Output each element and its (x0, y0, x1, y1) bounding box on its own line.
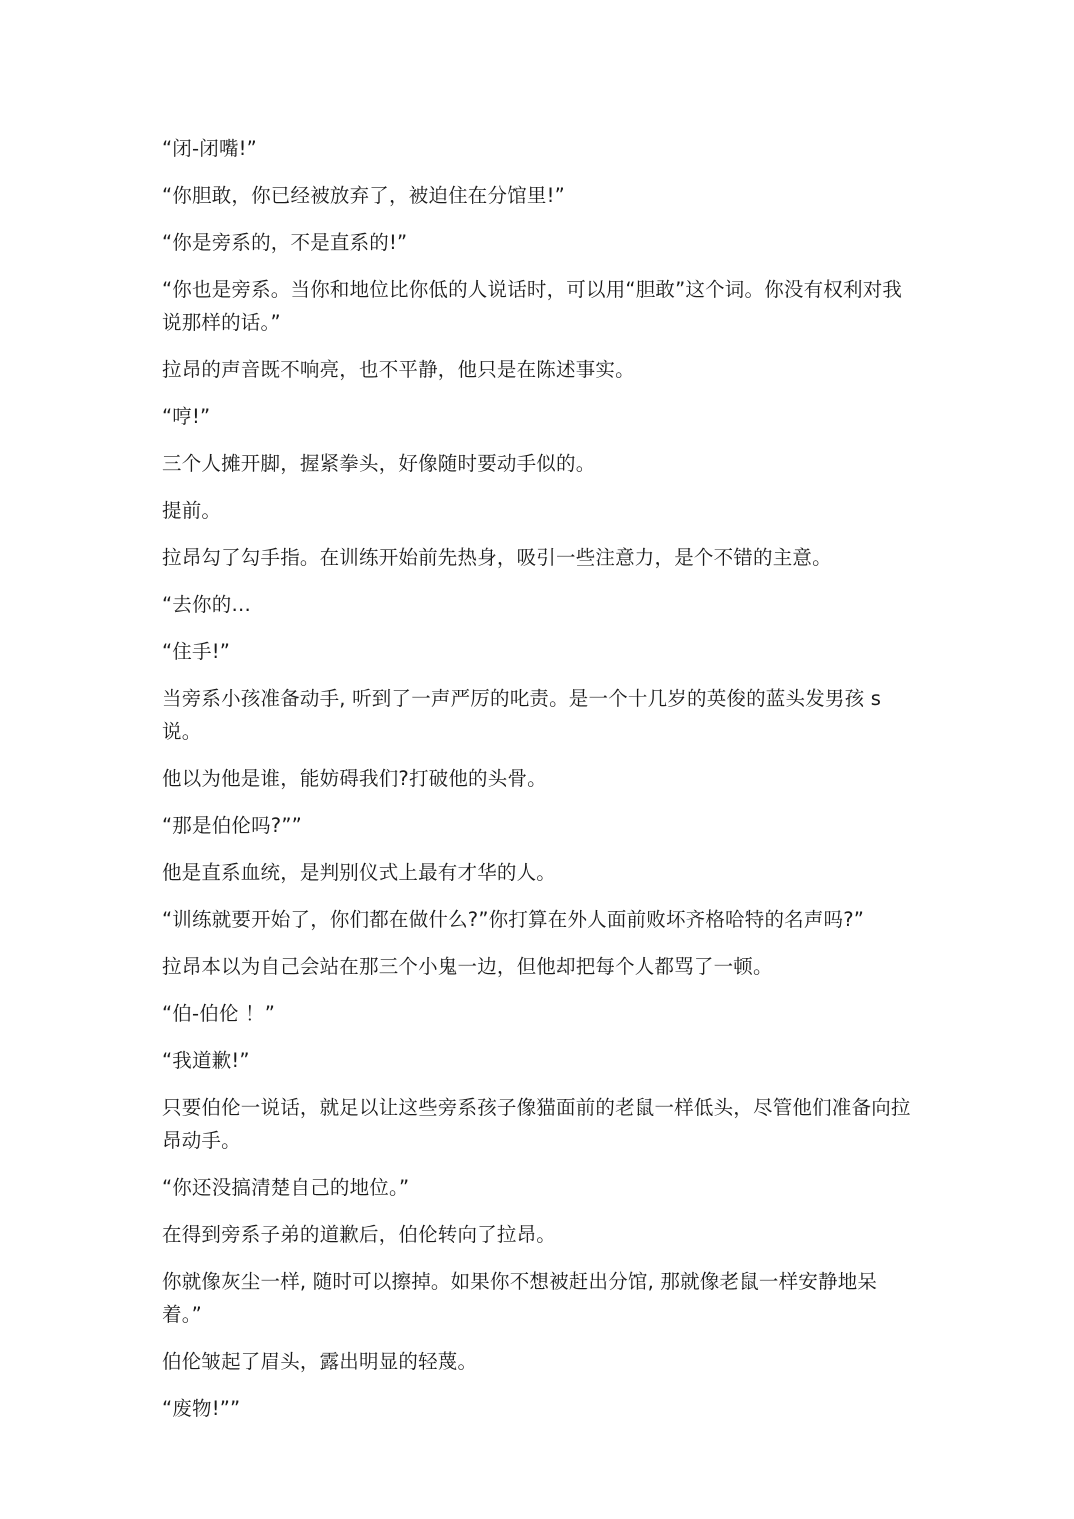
paragraph: “我道歉!” (162, 1044, 917, 1077)
paragraph: 拉昂勾了勾手指。在训练开始前先热身，吸引一些注意力，是个不错的主意。 (162, 541, 917, 574)
paragraph: 他是直系血统，是判别仪式上最有才华的人。 (162, 856, 917, 889)
paragraph: “伯-伯伦 ！” (162, 997, 917, 1030)
paragraph: 你就像灰尘一样, 随时可以擦掉。如果你不想被赶出分馆, 那就像老鼠一样安静地呆着… (162, 1265, 917, 1331)
paragraph: 只要伯伦一说话，就足以让这些旁系孩子像猫面前的老鼠一样低头，尽管他们准备向拉昂动… (162, 1091, 917, 1157)
paragraph: 拉昂的声音既不响亮，也不平静，他只是在陈述事实。 (162, 353, 917, 386)
paragraph: “训练就要开始了，你们都在做什么?”你打算在外人面前败坏齐格哈特的名声吗?” (162, 903, 917, 936)
paragraph: “去你的… (162, 588, 917, 621)
paragraph: “哼!” (162, 400, 917, 433)
paragraph: “你还没搞清楚自己的地位。” (162, 1171, 917, 1204)
paragraph: 伯伦皱起了眉头，露出明显的轻蔑。 (162, 1345, 917, 1378)
document-page: “闭-闭嘴!” “你胆敢，你已经被放弃了，被迫住在分馆里!” “你是旁系的，不是… (162, 132, 917, 1439)
paragraph: “闭-闭嘴!” (162, 132, 917, 165)
paragraph: “你是旁系的，不是直系的!” (162, 226, 917, 259)
paragraph: “住手!” (162, 635, 917, 668)
paragraph: 他以为他是谁，能妨碍我们?打破他的头骨。 (162, 762, 917, 795)
paragraph: 三个人摊开脚，握紧拳头，好像随时要动手似的。 (162, 447, 917, 480)
paragraph: 拉昂本以为自己会站在那三个小鬼一边，但他却把每个人都骂了一顿。 (162, 950, 917, 983)
paragraph: 在得到旁系子弟的道歉后，伯伦转向了拉昂。 (162, 1218, 917, 1251)
paragraph: “你胆敢，你已经被放弃了，被迫住在分馆里!” (162, 179, 917, 212)
paragraph: “废物!”” (162, 1392, 917, 1425)
paragraph: “那是伯伦吗?”” (162, 809, 917, 842)
paragraph: “你也是旁系。当你和地位比你低的人说话时，可以用“胆敢”这个词。你没有权利对我说… (162, 273, 917, 339)
paragraph: 提前。 (162, 494, 917, 527)
paragraph: 当旁系小孩准备动手, 听到了一声严厉的叱责。是一个十几岁的英俊的蓝头发男孩 s … (162, 682, 917, 748)
